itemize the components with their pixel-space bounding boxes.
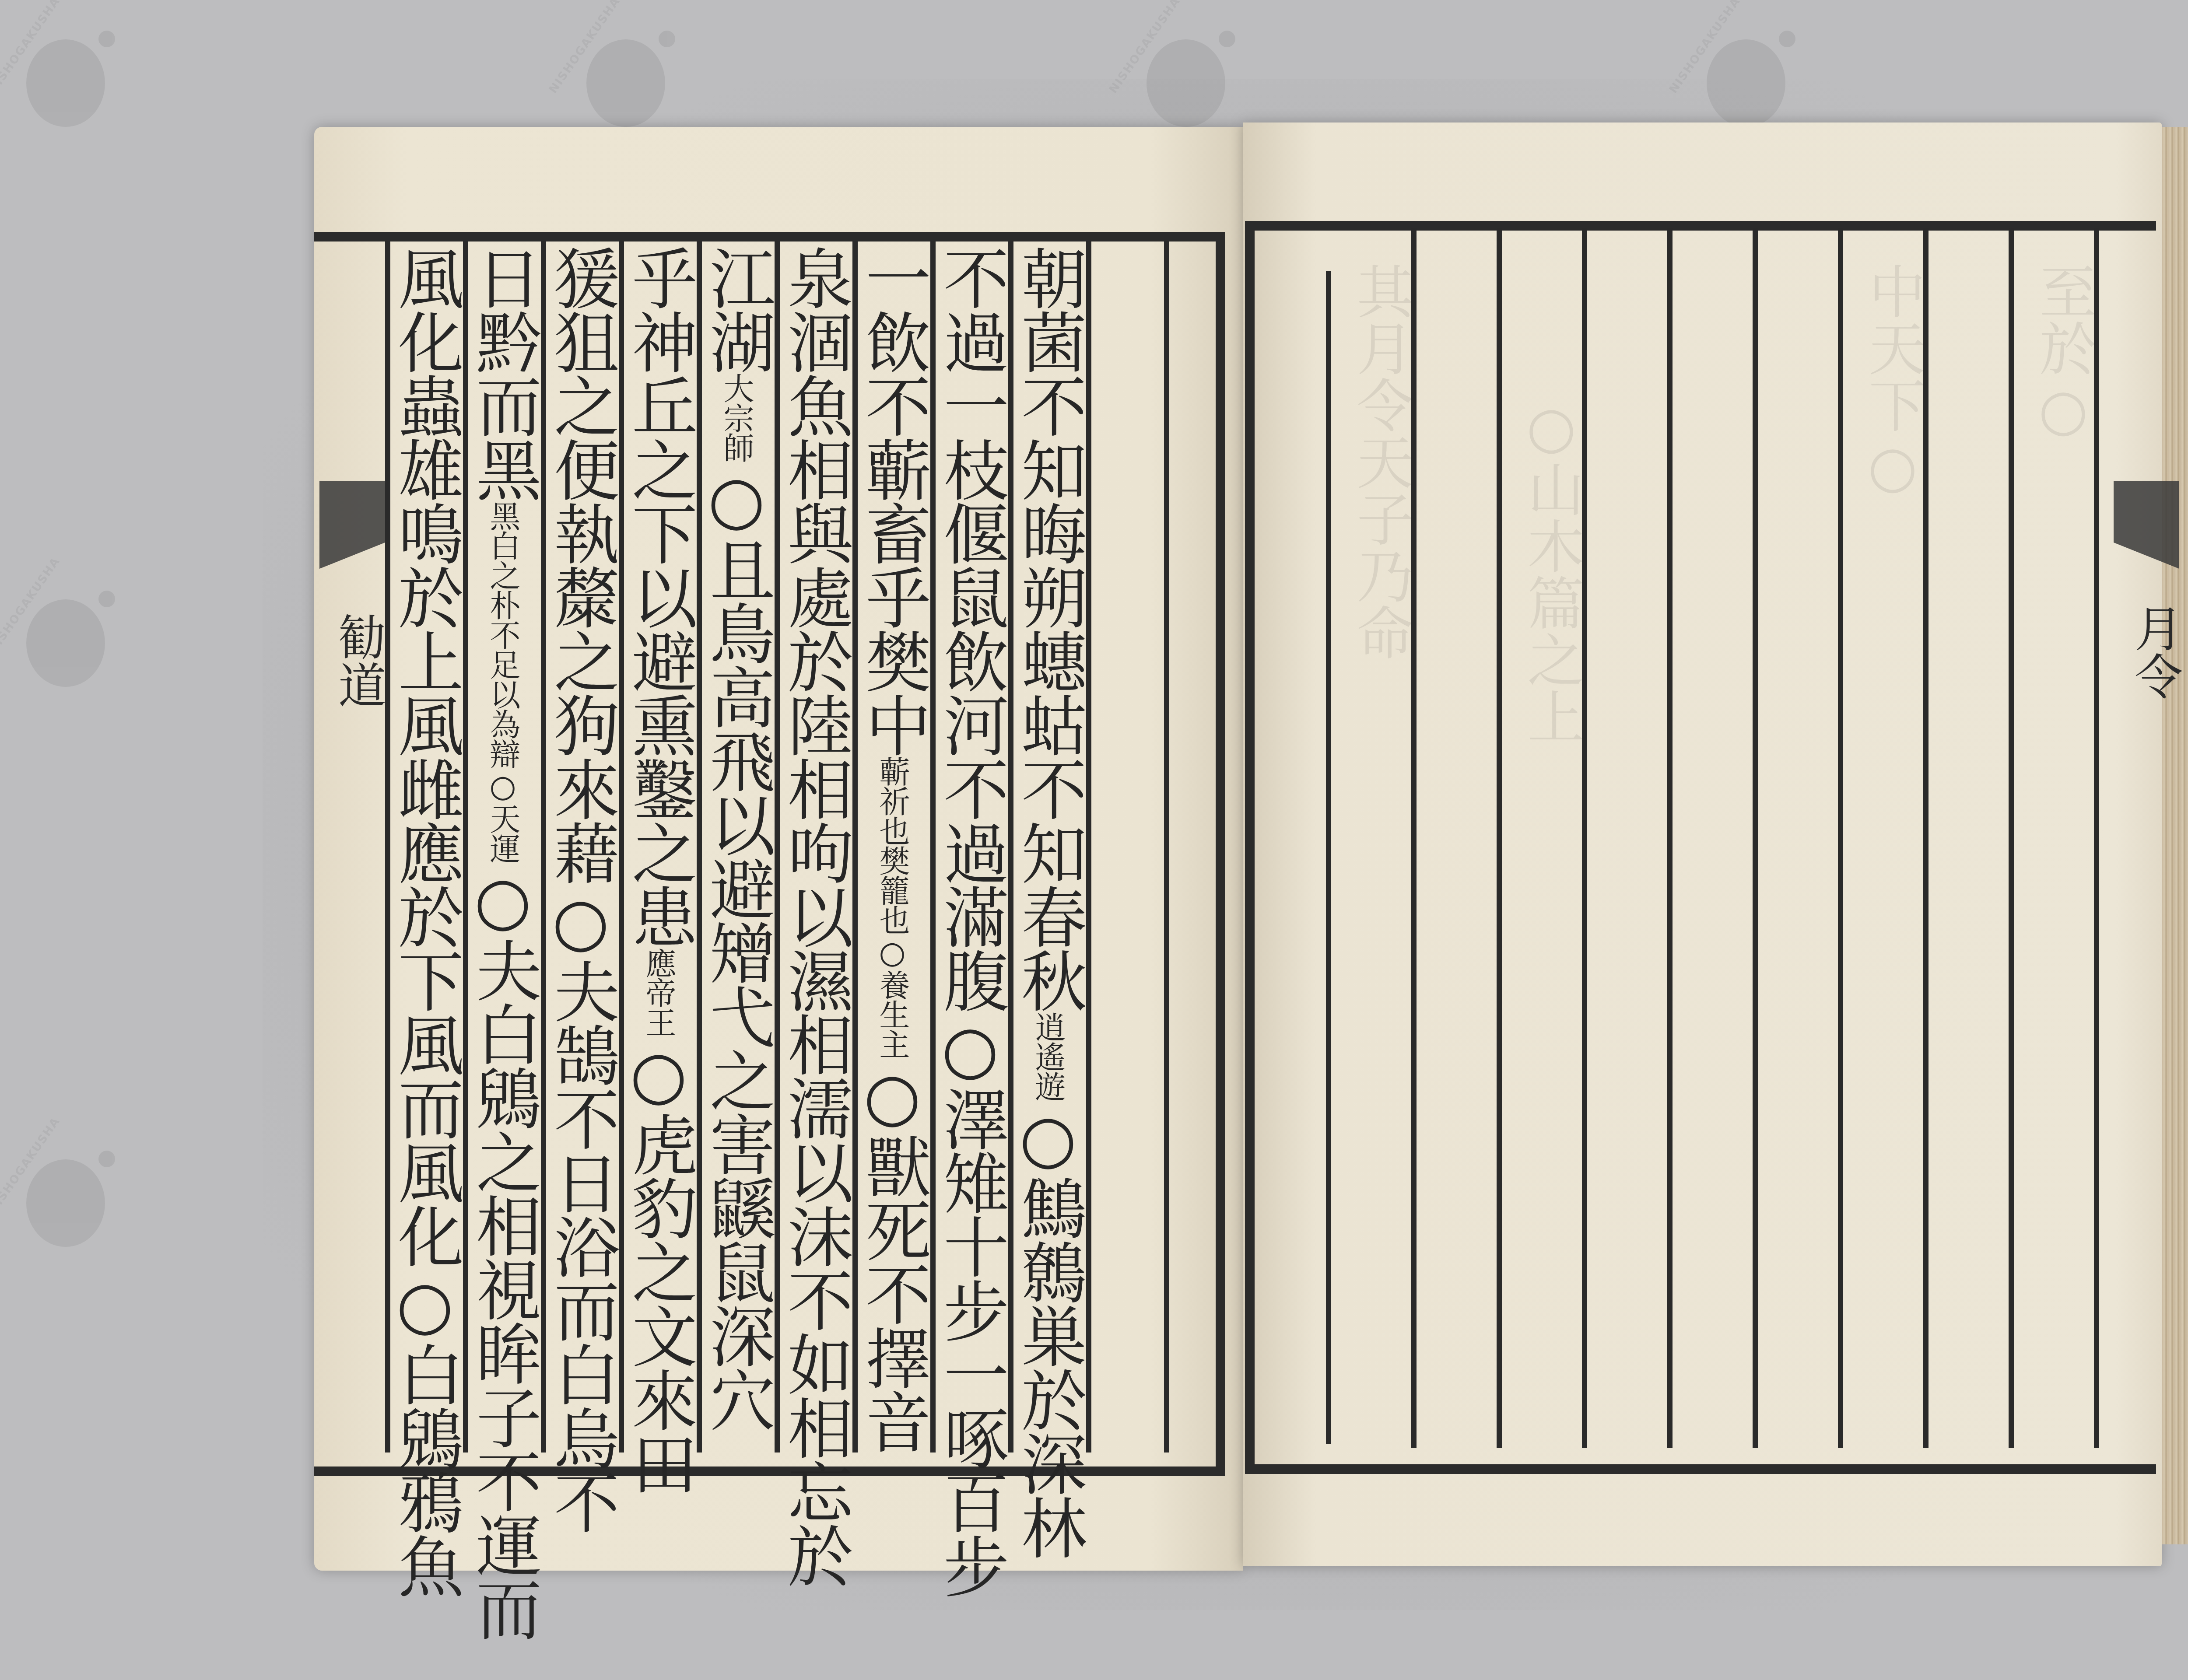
column-rule	[1667, 227, 1673, 1448]
text-column-5: 江湖大宗師○且鳥高飛以避矰弋之害鼷鼠深穴	[699, 245, 774, 1431]
bleed-through-text: 中天下○	[1860, 262, 1925, 500]
text-column-3: 一飲不蘄畜乎樊中蘄祈也樊籠也○養生主○獸死不擇音	[855, 245, 929, 1452]
left-fore-edge-label: 勧道	[324, 612, 393, 709]
watermark-logo-icon: NISHOGAKUSHA	[9, 577, 123, 691]
column-rule	[1838, 227, 1843, 1448]
bleed-through-text: 至於○	[2030, 262, 2096, 443]
text-column-6: 乎神丘之下以避熏鑿之患應帝王○虎豹之文來田	[621, 245, 696, 1494]
page-stack-edge	[2162, 127, 2188, 1544]
text-column-8: 日黔而黑黑白之朴不足以為辯○天運○夫白鶂之相視眸子不運而	[466, 245, 540, 1640]
column-rule	[1497, 227, 1502, 1448]
text-column-2: 不過一枝偃鼠飲河不過滿腹○澤雉十步一啄百步	[933, 245, 1007, 1597]
watermark-logo-icon: NISHOGAKUSHA	[1129, 17, 1243, 131]
text-column-9: 風化蟲雄鳴於上風雌應於下風而風化○白鶂鴉魚	[388, 245, 462, 1597]
column-rule	[1753, 227, 1758, 1448]
watermark-logo-icon: NISHOGAKUSHA	[9, 1137, 123, 1251]
watermark-logo-icon: NISHOGAKUSHA	[1689, 17, 1803, 131]
watermark-logo-icon: NISHOGAKUSHA	[569, 17, 683, 131]
right-fore-edge-label: 月令	[2120, 604, 2188, 700]
watermark-logo-icon: NISHOGAKUSHA	[9, 17, 123, 131]
column-rule	[1086, 241, 1091, 1452]
bleed-through-text: 其月令天子乃命	[1348, 262, 1413, 661]
bleed-through-text: ○山木篇之上	[1518, 394, 1584, 745]
text-column-4: 泉涸魚相與處於陸相呴以濕相濡以沫不如相忘於	[777, 245, 852, 1586]
text-column-7: 猨狙之便執斄之狗來藉○夫鵠不日浴而白烏不	[543, 245, 618, 1533]
column-rule	[2009, 227, 2014, 1448]
column-rule	[1164, 241, 1169, 1452]
text-column-1: 朝菌不知晦朔蟪蛄不知春秋逍遙遊○鷦鷯巣於深林	[1011, 245, 1085, 1558]
column-rule	[1326, 271, 1331, 1444]
